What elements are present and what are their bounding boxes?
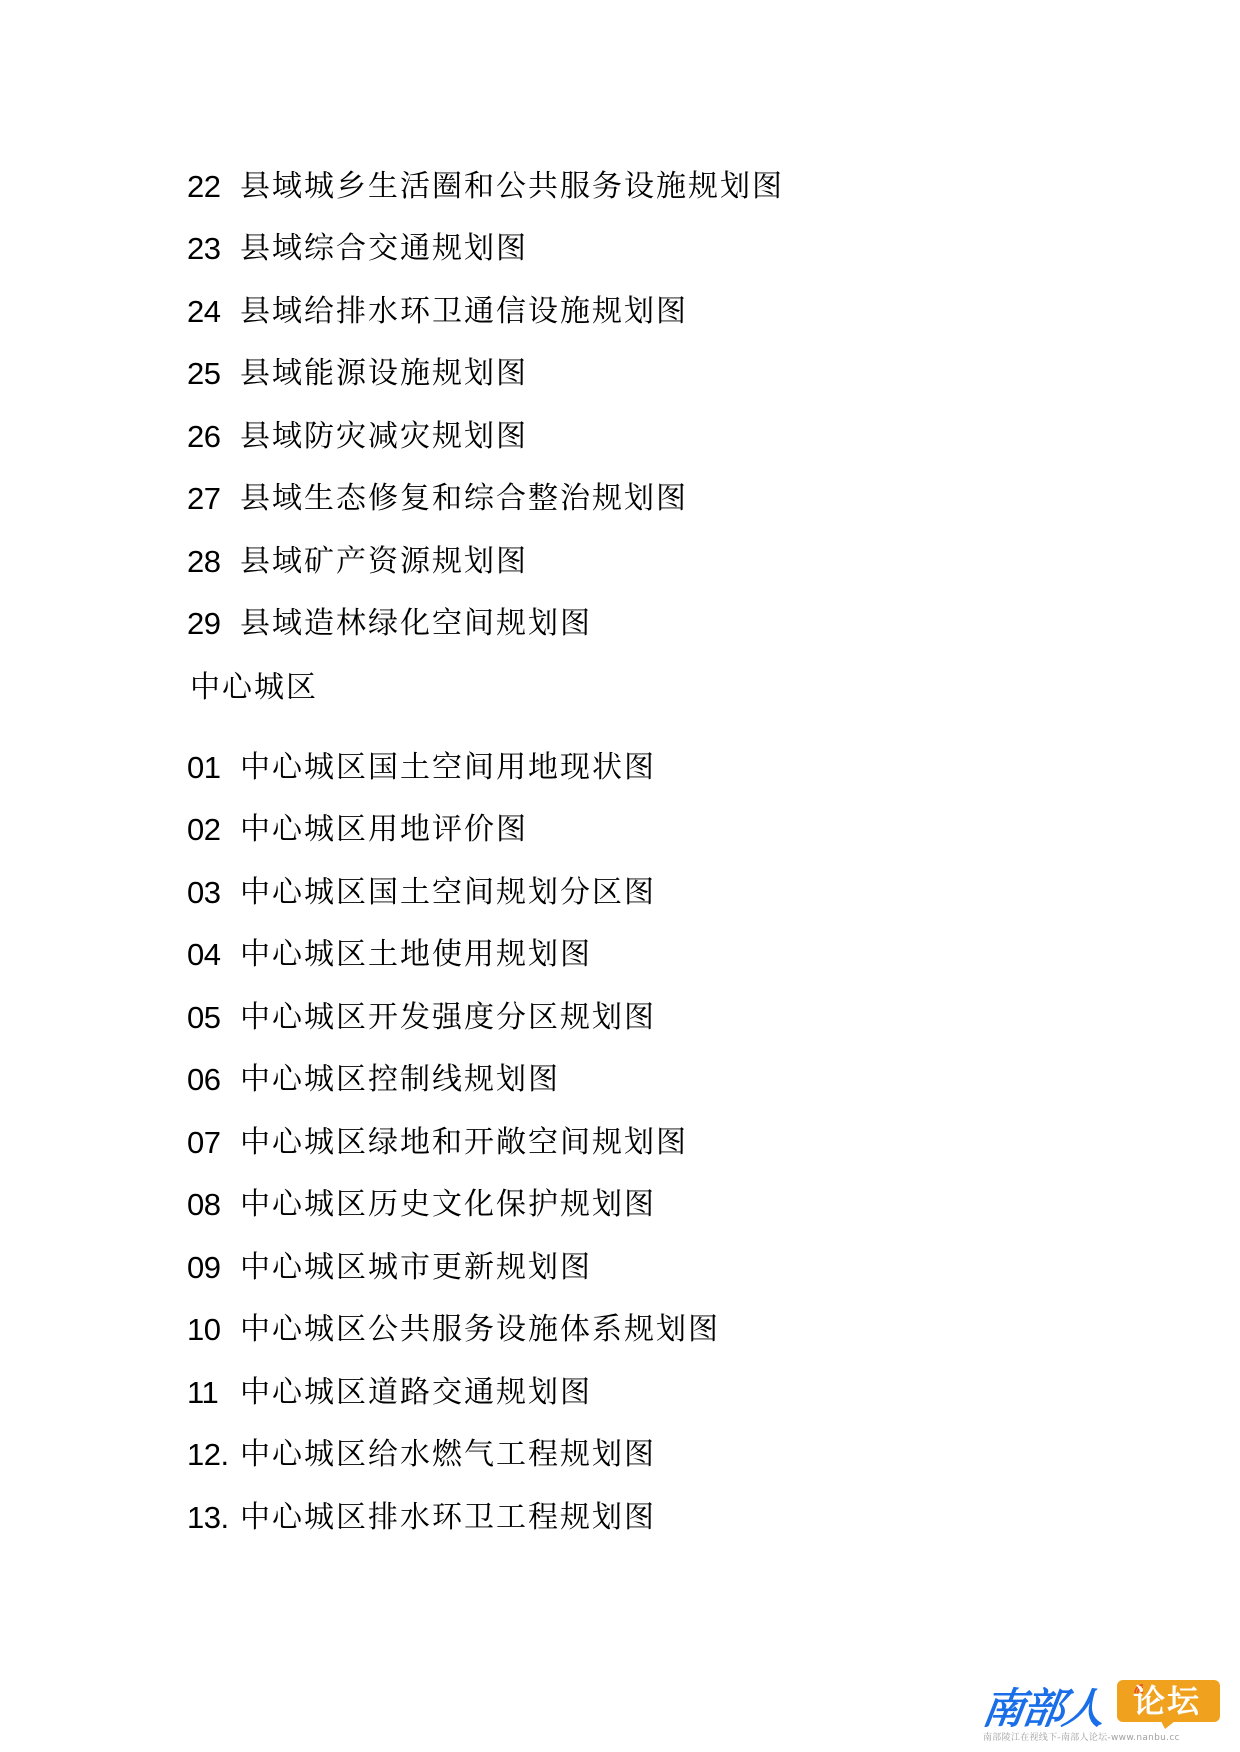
logo-badge: 论坛 bbox=[1117, 1680, 1220, 1722]
item-title: 中心城区开发强度分区规划图 bbox=[240, 998, 656, 1038]
item-number: 27 bbox=[187, 479, 240, 519]
list-item: 29 县域造林绿化空间规划图 bbox=[187, 604, 592, 644]
list-item: 04 中心城区土地使用规划图 bbox=[187, 935, 592, 975]
item-number: 13. bbox=[187, 1498, 240, 1538]
list-item: 09 中心城区城市更新规划图 bbox=[187, 1248, 592, 1288]
list-item: 13. 中心城区排水环卫工程规划图 bbox=[187, 1498, 656, 1538]
item-title: 中心城区城市更新规划图 bbox=[240, 1248, 592, 1288]
list-item: 06 中心城区控制线规划图 bbox=[187, 1060, 560, 1100]
item-title: 中心城区国土空间规划分区图 bbox=[240, 873, 656, 913]
item-title: 中心城区土地使用规划图 bbox=[240, 935, 592, 975]
item-title: 中心城区历史文化保护规划图 bbox=[240, 1185, 656, 1225]
list-item: 07 中心城区绿地和开敞空间规划图 bbox=[187, 1123, 688, 1163]
item-number: 25 bbox=[187, 354, 240, 394]
item-number: 04 bbox=[187, 935, 240, 975]
item-title: 中心城区用地评价图 bbox=[240, 810, 528, 850]
list-item: 22 县域城乡生活圈和公共服务设施规划图 bbox=[187, 167, 784, 207]
item-title: 中心城区道路交通规划图 bbox=[240, 1373, 592, 1413]
item-number: 06 bbox=[187, 1060, 240, 1100]
item-number: 07 bbox=[187, 1123, 240, 1163]
list-item: 08 中心城区历史文化保护规划图 bbox=[187, 1185, 656, 1225]
list-item: 24 县域给排水环卫通信设施规划图 bbox=[187, 292, 688, 332]
item-number: 10 bbox=[187, 1310, 240, 1350]
list-item: 01 中心城区国土空间用地现状图 bbox=[187, 748, 656, 788]
item-number: 11 bbox=[187, 1373, 240, 1413]
item-number: 28 bbox=[187, 542, 240, 582]
watermark-logo: 南部人 论坛 南部陵江在视线下-南部人论坛-www.nanbu.cc bbox=[980, 1672, 1230, 1748]
logo-brand-text: 南部人 bbox=[979, 1676, 1107, 1736]
item-number: 29 bbox=[187, 604, 240, 644]
item-number: 09 bbox=[187, 1248, 240, 1288]
list-item: 27 县域生态修复和综合整治规划图 bbox=[187, 479, 688, 519]
item-title: 县域生态修复和综合整治规划图 bbox=[240, 479, 688, 519]
list-item: 23 县域综合交通规划图 bbox=[187, 229, 528, 269]
item-title: 中心城区控制线规划图 bbox=[240, 1060, 560, 1100]
list-item: 26 县域防灾减灾规划图 bbox=[187, 417, 528, 457]
item-title: 中心城区公共服务设施体系规划图 bbox=[240, 1310, 720, 1350]
item-number: 24 bbox=[187, 292, 240, 332]
section-heading: 中心城区 bbox=[190, 668, 318, 708]
item-title: 县域城乡生活圈和公共服务设施规划图 bbox=[240, 167, 784, 207]
item-title: 中心城区绿地和开敞空间规划图 bbox=[240, 1123, 688, 1163]
item-title: 中心城区给水燃气工程规划图 bbox=[240, 1435, 656, 1475]
logo-tagline: 南部陵江在视线下-南部人论坛-www.nanbu.cc bbox=[983, 1730, 1180, 1743]
item-title: 县域矿产资源规划图 bbox=[240, 542, 528, 582]
item-number: 12. bbox=[187, 1435, 240, 1475]
item-number: 22 bbox=[187, 167, 240, 207]
list-item: 28 县域矿产资源规划图 bbox=[187, 542, 528, 582]
item-number: 03 bbox=[187, 873, 240, 913]
list-item: 12. 中心城区给水燃气工程规划图 bbox=[187, 1435, 656, 1475]
list-item: 02 中心城区用地评价图 bbox=[187, 810, 528, 850]
item-number: 23 bbox=[187, 229, 240, 269]
item-number: 02 bbox=[187, 810, 240, 850]
list-item: 10 中心城区公共服务设施体系规划图 bbox=[187, 1310, 720, 1350]
item-title: 中心城区排水环卫工程规划图 bbox=[240, 1498, 656, 1538]
item-title: 县域综合交通规划图 bbox=[240, 229, 528, 269]
item-number: 01 bbox=[187, 748, 240, 788]
list-item: 11 中心城区道路交通规划图 bbox=[187, 1373, 592, 1413]
list-item: 03 中心城区国土空间规划分区图 bbox=[187, 873, 656, 913]
list-item: 05 中心城区开发强度分区规划图 bbox=[187, 998, 656, 1038]
item-number: 08 bbox=[187, 1185, 240, 1225]
item-title: 县域给排水环卫通信设施规划图 bbox=[240, 292, 688, 332]
item-title: 县域防灾减灾规划图 bbox=[240, 417, 528, 457]
logo-badge-text: 论坛 bbox=[1133, 1682, 1201, 1720]
list-item: 25 县域能源设施规划图 bbox=[187, 354, 528, 394]
item-title: 中心城区国土空间用地现状图 bbox=[240, 748, 656, 788]
item-title: 县域能源设施规划图 bbox=[240, 354, 528, 394]
item-number: 05 bbox=[187, 998, 240, 1038]
item-number: 26 bbox=[187, 417, 240, 457]
item-title: 县域造林绿化空间规划图 bbox=[240, 604, 592, 644]
